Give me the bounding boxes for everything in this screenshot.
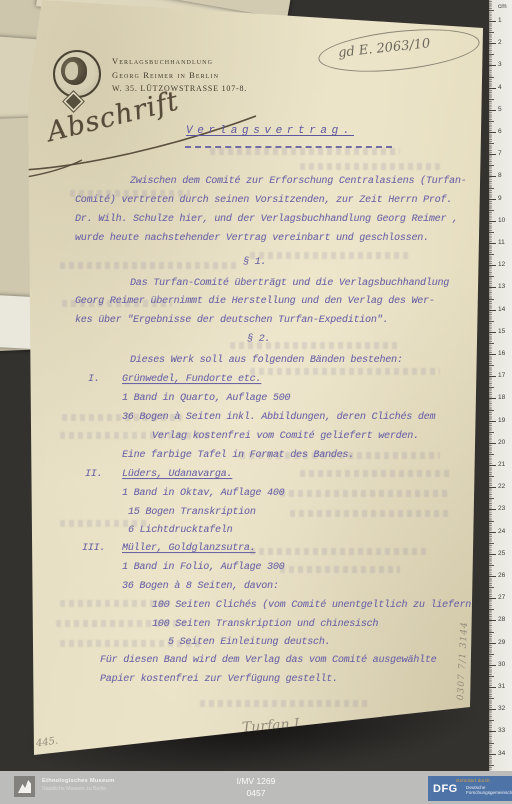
ruler-cm-tick [489, 665, 496, 666]
ruler-number: 23 [498, 505, 505, 512]
typed-line: Das Turfan-Comité überträgt und die Verl… [130, 278, 449, 289]
ruler-number: 17 [498, 372, 505, 379]
typed-line: § 2. [247, 334, 270, 345]
ruler-cm-tick [489, 487, 496, 488]
typed-line: Zwischen dem Comité zur Erforschung Cent… [130, 176, 466, 187]
letterhead-owner: Georg Reimer in Berlin [112, 70, 219, 80]
typed-line: Für diesen Band wird dem Verlag das vom … [100, 655, 436, 666]
ruler-cm-tick [489, 265, 496, 266]
ruler-cm-tick [489, 354, 496, 355]
ruler-number: 15 [498, 328, 505, 335]
ruler-number: 33 [498, 727, 505, 734]
ruler-cm-tick [489, 554, 496, 555]
ruler-cm-tick [489, 576, 496, 577]
letterhead-address: W. 35. LÜTZOWSTRASSE 107-8. [112, 84, 247, 93]
ruler-cm-tick [489, 221, 496, 222]
ruler-half-tick [489, 432, 494, 433]
ruler-half-tick [489, 165, 494, 166]
typed-line: III. [82, 543, 105, 554]
typed-line: 1 Band in Quarto, Auflage 500 [122, 393, 290, 404]
ruler-number: 19 [498, 417, 505, 424]
ruler-number: 32 [498, 705, 505, 712]
bleed-through-line [280, 566, 400, 573]
typed-line: Comité) vertreten durch seinen Vorsitzen… [75, 195, 452, 206]
ruler-number: 24 [498, 528, 505, 535]
ruler-half-tick [489, 543, 494, 544]
letter-sheet: Verlagsbuchhandlung Georg Reimer in Berl… [0, 0, 512, 804]
ruler-cm-tick [489, 199, 496, 200]
ruler-cm-tick [489, 421, 496, 422]
ruler-cm-tick [489, 176, 496, 177]
dfg-logo: Gefördert durch DFG Deutsche Forschungsg… [428, 776, 512, 801]
ruler-number: 30 [498, 661, 505, 668]
ruler-cm-tick [489, 509, 496, 510]
typed-line: 36 Bogen à 8 Seiten, davon: [122, 581, 279, 592]
emblem-profile-head [65, 62, 78, 80]
ruler-half-tick [489, 321, 494, 322]
ruler-cm-tick [489, 443, 496, 444]
bleed-through-line [290, 510, 450, 517]
bleed-through-line [250, 252, 410, 259]
typed-line: Dr. Wilh. Schulze hier, und der Verlagsb… [75, 214, 458, 225]
typed-line: 5 Seiten Einleitung deutsch. [168, 637, 330, 648]
ruler-half-tick [489, 143, 494, 144]
ruler-half-tick [489, 521, 494, 522]
ruler-number: 31 [498, 683, 505, 690]
bleed-through-line [250, 368, 440, 375]
ruler-cm-tick [489, 709, 496, 710]
ruler-number: 1 [498, 17, 502, 24]
ruler-cm-tick [489, 465, 496, 466]
ruler-cm-tick [489, 376, 496, 377]
ruler-number: 34 [498, 750, 505, 757]
ruler-cm-tick [489, 65, 496, 66]
ruler-cm-tick [489, 310, 496, 311]
typed-line: kes über "Ergebnisse der deutschen Turfa… [75, 315, 388, 326]
ruler-number: 25 [498, 550, 505, 557]
ruler-half-tick [489, 387, 494, 388]
ruler-number: 9 [498, 195, 502, 202]
ruler-half-tick [489, 254, 494, 255]
typed-line: Georg Reimer übernimmt die Herstellung u… [75, 296, 435, 307]
ruler-half-tick [489, 77, 494, 78]
ruler-half-tick [489, 365, 494, 366]
typed-line: 6 Lichtdrucktafeln [128, 525, 232, 536]
ruler-cm-tick [489, 532, 496, 533]
ruler-half-tick [489, 232, 494, 233]
typed-line: 1 Band in Folio, Auflage 300 [122, 562, 284, 573]
ruler-cm-tick [489, 154, 496, 155]
ruler-number: 20 [498, 439, 505, 446]
dfg-full-name: Deutsche Forschungsgemeinschaft [466, 785, 512, 796]
ruler-number: 11 [498, 239, 505, 246]
dfg-funded-by-label: Gefördert durch [456, 778, 490, 783]
bleed-through-line [280, 490, 450, 497]
ruler-number: 13 [498, 283, 505, 290]
typed-title-line: Müller, Goldglanzsutra. [122, 543, 255, 554]
ruler-unit-label: cm [498, 3, 507, 10]
ruler-number: 26 [498, 572, 505, 579]
ruler-half-tick [489, 676, 494, 677]
bleed-through-line [300, 470, 450, 477]
publisher-emblem-icon [53, 50, 101, 98]
letterhead-company: Verlagsbuchhandlung [112, 56, 213, 66]
typed-line: 15 Bogen Transkription [128, 507, 256, 518]
bleed-through-line [210, 148, 400, 155]
ruler-number: 2 [498, 39, 502, 46]
ruler-cm-tick [489, 731, 496, 732]
bleed-through-line [200, 700, 370, 707]
typed-line: 100 Seiten Clichés (vom Comité unentgelt… [152, 600, 471, 611]
ruler-half-tick [489, 276, 494, 277]
bleed-through-line [300, 163, 440, 170]
ruler-half-tick [489, 476, 494, 477]
ruler-number: 27 [498, 594, 505, 601]
dfg-abbreviation: DFG [433, 783, 458, 795]
ruler-half-tick [489, 743, 494, 744]
ruler-cm-tick [489, 332, 496, 333]
ruler-half-tick [489, 654, 494, 655]
ruler-cm-tick [489, 754, 496, 755]
typed-line: wurde heute nachstehender Vertrag verein… [75, 233, 429, 244]
ruler-number: 14 [498, 306, 505, 313]
ruler-mm-ticks [489, 0, 492, 771]
ruler-number: 10 [498, 217, 505, 224]
ruler-number: 18 [498, 394, 505, 401]
heading-dash-underline [185, 146, 392, 148]
ruler-half-tick [489, 410, 494, 411]
typed-line: Papier kostenfrei zur Verfügung gestellt… [100, 674, 338, 685]
ruler-cm-tick [489, 88, 496, 89]
typed-line: 1 Band in Oktav, Auflage 400 [122, 488, 284, 499]
ruler-number: 5 [498, 106, 502, 113]
typed-title-line: Grünwedel, Fundorte etc. [122, 374, 261, 385]
typed-line: 36 Bogen à Seiten inkl. Abbildungen, der… [122, 412, 435, 423]
ruler-number: 7 [498, 150, 502, 157]
scanned-archive-page: Verlagsbuchhandlung Georg Reimer in Berl… [0, 0, 512, 804]
typed-line: § 1. [243, 257, 266, 268]
ruler-half-tick [489, 720, 494, 721]
typed-line: I. [88, 374, 100, 385]
ruler-number: 12 [498, 261, 505, 268]
ruler-number: 21 [498, 461, 505, 468]
ruler-half-tick [489, 299, 494, 300]
archive-footer-bar: Ethnologisches Museum Staatliche Museen … [0, 771, 512, 804]
typed-line: Verlag kostenfrei vom Comité geliefert w… [152, 431, 419, 442]
typed-line: Dieses Werk soll aus folgenden Bänden be… [130, 355, 403, 366]
ruler-number: 3 [498, 61, 502, 68]
ruler-number: 29 [498, 639, 505, 646]
cm-ruler: cm 1234567891011121314151617181920212223… [489, 0, 512, 771]
ruler-cm-tick [489, 643, 496, 644]
ruler-cm-tick [489, 598, 496, 599]
ruler-cm-tick [489, 243, 496, 244]
ruler-half-tick [489, 210, 494, 211]
ruler-number: 8 [498, 172, 502, 179]
typed-line: Eine farbige Tafel in Format des Bandes. [122, 450, 354, 461]
ruler-half-tick [489, 454, 494, 455]
typed-line: 100 Seiten Transkription und chinesisch [152, 619, 378, 630]
ruler-half-tick [489, 565, 494, 566]
ruler-half-tick [489, 10, 494, 11]
ruler-half-tick [489, 343, 494, 344]
ruler-number: 4 [498, 84, 502, 91]
typed-line: II. [85, 469, 102, 480]
ruler-cm-tick [489, 110, 496, 111]
ruler-half-tick [489, 632, 494, 633]
ruler-number: 28 [498, 616, 505, 623]
typed-title-line: Lüders, Udanavarga. [122, 469, 232, 480]
bleed-through-line [250, 548, 430, 555]
ruler-cm-tick [489, 287, 496, 288]
ruler-half-tick [489, 698, 494, 699]
ruler-cm-tick [489, 687, 496, 688]
ruler-half-tick [489, 188, 494, 189]
ruler-number: 22 [498, 483, 505, 490]
ruler-half-tick [489, 99, 494, 100]
ruler-half-tick [489, 587, 494, 588]
ruler-half-tick [489, 32, 494, 33]
ruler-half-tick [489, 498, 494, 499]
contract-title: Verlagsvertrag. [186, 125, 354, 137]
ruler-half-tick [489, 765, 494, 766]
ruler-number: 6 [498, 128, 502, 135]
ruler-half-tick [489, 54, 494, 55]
ruler-half-tick [489, 609, 494, 610]
bleed-through-line [60, 262, 240, 269]
ruler-number: 16 [498, 350, 505, 357]
ruler-cm-tick [489, 132, 496, 133]
ruler-cm-tick [489, 398, 496, 399]
ruler-cm-tick [489, 43, 496, 44]
ruler-cm-tick [489, 21, 496, 22]
ruler-half-tick [489, 121, 494, 122]
ruler-cm-tick [489, 620, 496, 621]
